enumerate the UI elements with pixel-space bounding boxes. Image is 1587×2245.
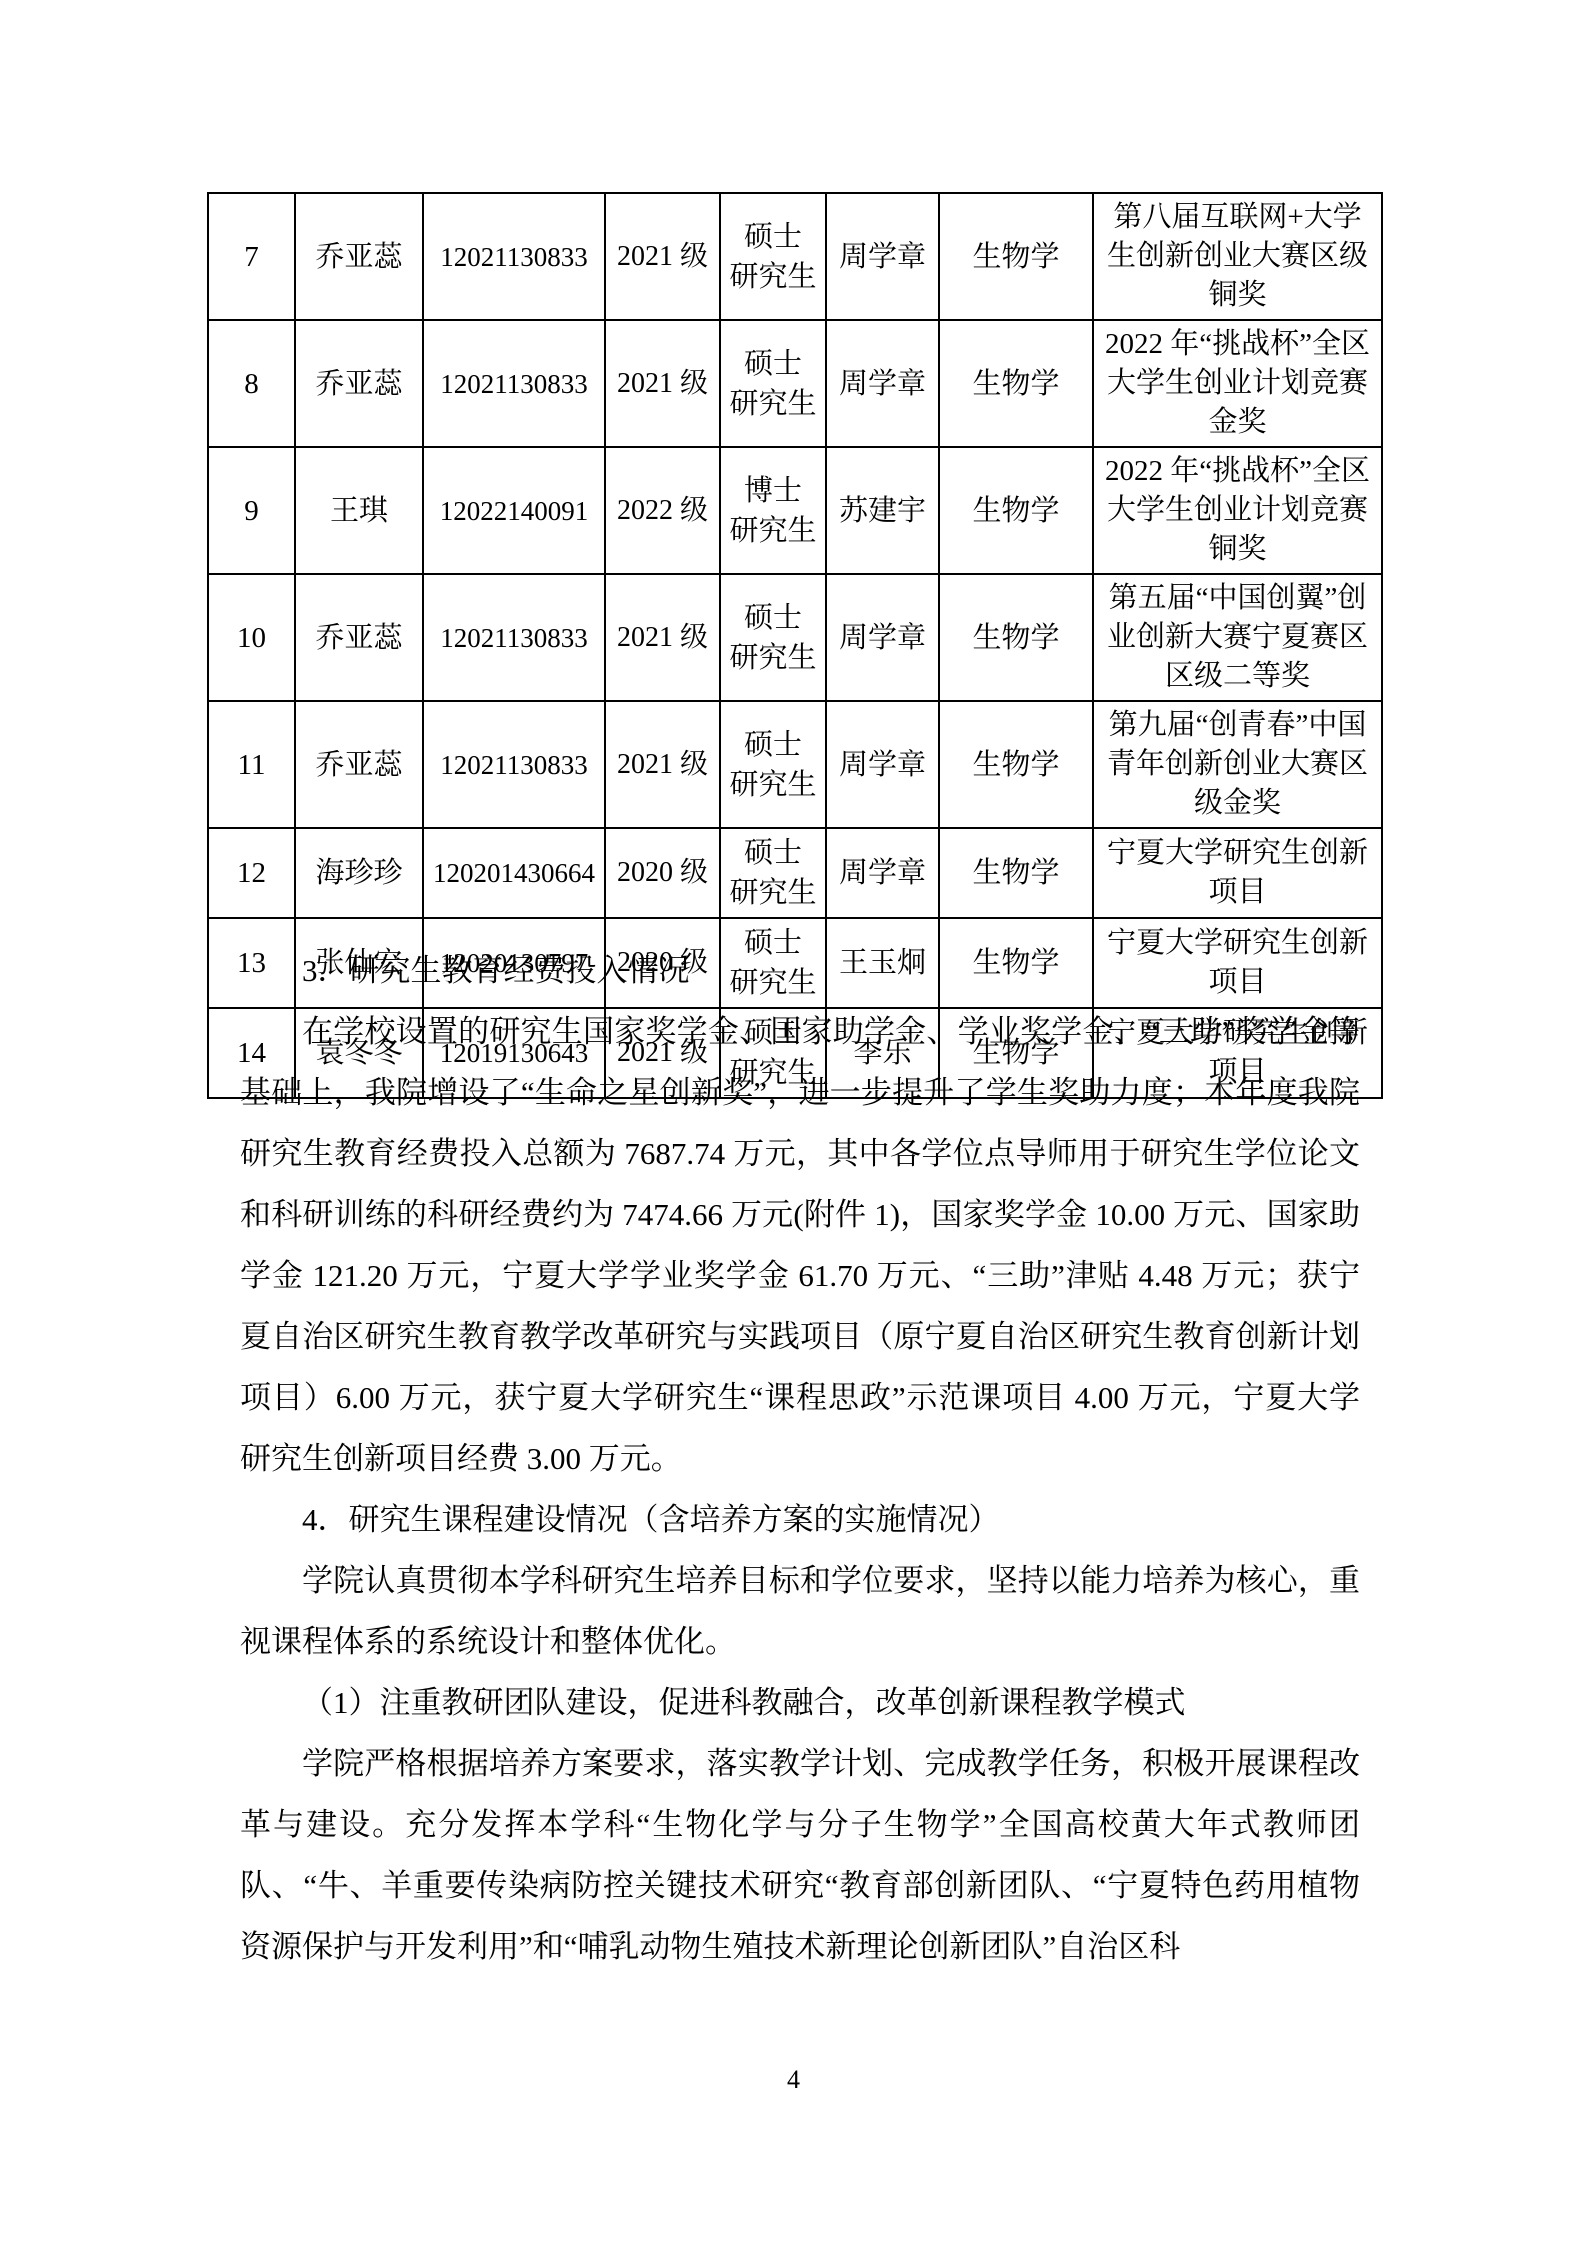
cell-discipline: 生物学 [939,447,1093,574]
cell-student-id: 12021130833 [423,193,605,320]
cell-student-id: 12022140091 [423,447,605,574]
cell-student-name: 王琪 [295,447,423,574]
cell-degree-type: 硕士研究生 [720,828,826,918]
cell-student-id: 12021130833 [423,701,605,828]
cell-student-name: 海珍珍 [295,828,423,918]
cell-advisor: 苏建宇 [826,447,939,574]
body-text-block: 3．研究生教育经费投入情况 在学校设置的研究生国家奖学金、国家助学金、学业奖学金… [240,940,1360,1977]
paragraph-funding: 在学校设置的研究生国家奖学金、国家助学金、学业奖学金、“三助”奖学金等基础上，我… [240,1001,1360,1489]
cell-index: 8 [208,320,295,447]
cell-degree-type: 硕士研究生 [720,320,826,447]
cell-degree-type: 硕士研究生 [720,701,826,828]
paragraph-course-intro: 学院认真贯彻本学科研究生培养目标和学位要求，坚持以能力培养为核心，重视课程体系的… [240,1550,1360,1672]
cell-degree-type: 硕士研究生 [720,574,826,701]
page-number: 4 [0,2062,1587,2098]
cell-index: 10 [208,574,295,701]
cell-index: 12 [208,828,295,918]
cell-award: 第九届“创青春”中国青年创新创业大赛区级金奖 [1093,701,1382,828]
cell-award: 2022 年“挑战杯”全区大学生创业计划竞赛铜奖 [1093,447,1382,574]
cell-advisor: 周学章 [826,193,939,320]
cell-advisor: 周学章 [826,320,939,447]
cell-award: 2022 年“挑战杯”全区大学生创业计划竞赛金奖 [1093,320,1382,447]
cell-award: 第八届互联网+大学生创新创业大赛区级铜奖 [1093,193,1382,320]
cell-student-name: 乔亚蕊 [295,574,423,701]
table-row: 12 海珍珍 120201430664 2020 级 硕士研究生 周学章 生物学… [208,828,1382,918]
cell-advisor: 周学章 [826,828,939,918]
cell-grade: 2021 级 [605,701,720,828]
cell-discipline: 生物学 [939,193,1093,320]
table-row: 8 乔亚蕊 12021130833 2021 级 硕士研究生 周学章 生物学 2… [208,320,1382,447]
cell-award: 第五届“中国创翼”创业创新大赛宁夏赛区区级二等奖 [1093,574,1382,701]
heading-course: 4．研究生课程建设情况（含培养方案的实施情况） [240,1489,1360,1550]
table-row: 9 王琪 12022140091 2022 级 博士研究生 苏建宇 生物学 20… [208,447,1382,574]
cell-discipline: 生物学 [939,320,1093,447]
cell-index: 9 [208,447,295,574]
table-row: 10 乔亚蕊 12021130833 2021 级 硕士研究生 周学章 生物学 … [208,574,1382,701]
cell-discipline: 生物学 [939,701,1093,828]
heading-item1: （1）注重教研团队建设，促进科教融合，改革创新课程教学模式 [240,1672,1360,1733]
cell-grade: 2022 级 [605,447,720,574]
cell-degree-type: 硕士研究生 [720,193,826,320]
cell-grade: 2021 级 [605,574,720,701]
cell-index: 11 [208,701,295,828]
paragraph-item1: 学院严格根据培养方案要求，落实教学计划、完成教学任务，积极开展课程改革与建设。充… [240,1733,1360,1977]
cell-grade: 2021 级 [605,193,720,320]
table-row: 7 乔亚蕊 12021130833 2021 级 硕士研究生 周学章 生物学 第… [208,193,1382,320]
cell-discipline: 生物学 [939,828,1093,918]
cell-award: 宁夏大学研究生创新项目 [1093,828,1382,918]
cell-grade: 2020 级 [605,828,720,918]
cell-student-id: 12021130833 [423,320,605,447]
cell-student-id: 12021130833 [423,574,605,701]
document-page: 7 乔亚蕊 12021130833 2021 级 硕士研究生 周学章 生物学 第… [0,0,1587,2245]
cell-index: 7 [208,193,295,320]
table-row: 11 乔亚蕊 12021130833 2021 级 硕士研究生 周学章 生物学 … [208,701,1382,828]
cell-advisor: 周学章 [826,701,939,828]
cell-student-name: 乔亚蕊 [295,193,423,320]
cell-advisor: 周学章 [826,574,939,701]
heading-funding: 3．研究生教育经费投入情况 [240,940,1360,1001]
cell-degree-type: 博士研究生 [720,447,826,574]
cell-student-id: 120201430664 [423,828,605,918]
cell-discipline: 生物学 [939,574,1093,701]
cell-student-name: 乔亚蕊 [295,701,423,828]
cell-student-name: 乔亚蕊 [295,320,423,447]
cell-grade: 2021 级 [605,320,720,447]
